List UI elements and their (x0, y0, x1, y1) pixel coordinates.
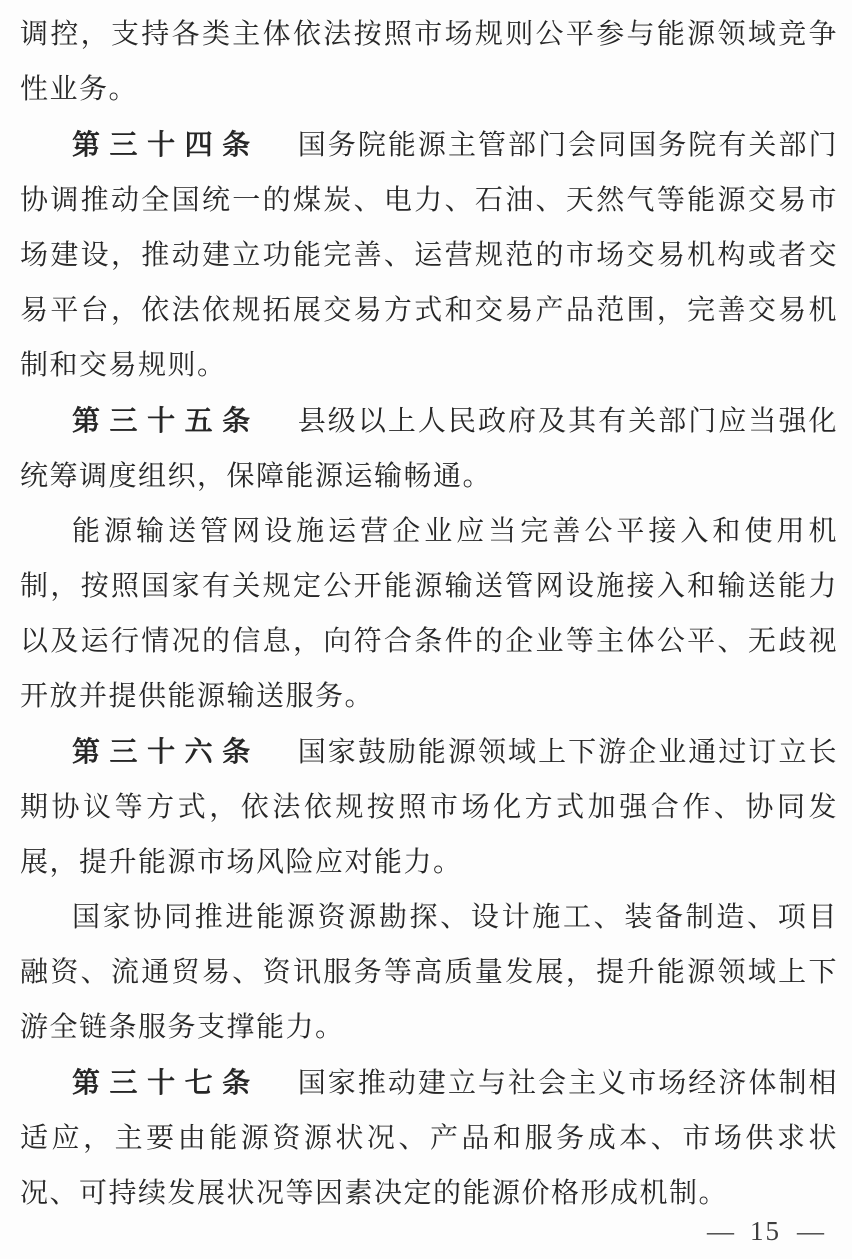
article-number: 第三十五条 (72, 405, 260, 436)
document-page: 调控，支持各类主体依法按照市场规则公平参与能源领域竞争性业务。 第三十四条国务院… (0, 0, 852, 1259)
footer-dash-left: — (707, 1216, 734, 1247)
paragraph-article-34: 第三十四条国务院能源主管部门会同国务院有关部门协调推动全国统一的煤炭、电力、石油… (20, 117, 838, 393)
article-number: 第三十六条 (72, 736, 260, 767)
paragraph-text: 调控，支持各类主体依法按照市场规则公平参与能源领域竞争性业务。 (20, 19, 838, 105)
page-footer: — 15 — (707, 1216, 824, 1247)
paragraph-text: 国家协同推进能源资源勘探、设计施工、装备制造、项目融资、流通贸易、资讯服务等高质… (20, 902, 838, 1043)
paragraph: 能源输送管网设施运营企业应当完善公平接入和使用机制，按照国家有关规定公开能源输送… (20, 504, 838, 724)
document-content: 调控，支持各类主体依法按照市场规则公平参与能源领域竞争性业务。 第三十四条国务院… (0, 0, 852, 1221)
article-number: 第三十四条 (72, 129, 260, 160)
paragraph-text: 国务院能源主管部门会同国务院有关部门协调推动全国统一的煤炭、电力、石油、天然气等… (20, 130, 838, 381)
paragraph: 国家协同推进能源资源勘探、设计施工、装备制造、项目融资、流通贸易、资讯服务等高质… (20, 890, 838, 1055)
paragraph-article-35: 第三十五条县级以上人民政府及其有关部门应当强化统筹调度组织，保障能源运输畅通。 (20, 393, 838, 504)
paragraph: 调控，支持各类主体依法按照市场规则公平参与能源领域竞争性业务。 (20, 7, 838, 117)
footer-dash-right: — (797, 1216, 824, 1247)
paragraph-text: 能源输送管网设施运营企业应当完善公平接入和使用机制，按照国家有关规定公开能源输送… (20, 516, 838, 712)
article-number: 第三十七条 (72, 1067, 260, 1098)
page-number: 15 (750, 1216, 781, 1247)
paragraph-article-36: 第三十六条国家鼓励能源领域上下游企业通过订立长期协议等方式，依法依规按照市场化方… (20, 724, 838, 890)
paragraph-article-37: 第三十七条国家推动建立与社会主义市场经济体制相适应，主要由能源资源状况、产品和服… (20, 1055, 838, 1221)
